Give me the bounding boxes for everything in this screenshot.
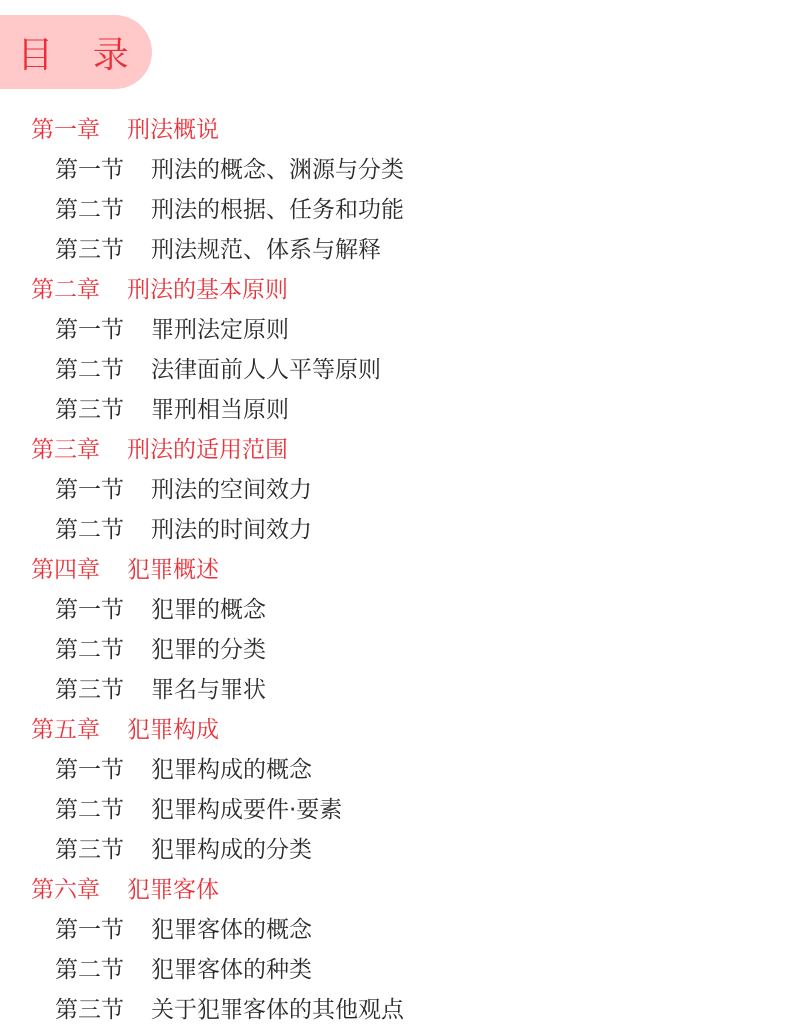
section-title: 刑法的空间效力 bbox=[151, 477, 312, 503]
section-title: 犯罪的概念 bbox=[151, 597, 266, 623]
toc-title-banner: 目 录 bbox=[0, 15, 152, 89]
chapter-title: 犯罪概述 bbox=[127, 557, 219, 583]
toc-section-entry[interactable]: 第二节犯罪构成要件·要素 bbox=[0, 790, 790, 830]
toc-chapter-entry[interactable]: 第二章刑法的基本原则 bbox=[0, 270, 790, 310]
section-number: 第二节 bbox=[55, 630, 151, 670]
toc-section-entry[interactable]: 第一节刑法的空间效力 bbox=[0, 470, 790, 510]
section-title: 罪名与罪状 bbox=[151, 677, 266, 703]
section-title: 犯罪构成要件·要素 bbox=[151, 797, 342, 823]
chapter-title: 刑法的基本原则 bbox=[127, 277, 288, 303]
section-number: 第二节 bbox=[55, 510, 151, 550]
chapter-number: 第二章 bbox=[31, 270, 127, 310]
toc-chapter-entry[interactable]: 第一章刑法概说 bbox=[0, 110, 790, 150]
toc-section-entry[interactable]: 第三节罪名与罪状 bbox=[0, 670, 790, 710]
toc-section-entry[interactable]: 第二节犯罪客体的种类 bbox=[0, 950, 790, 990]
chapter-number: 第三章 bbox=[31, 430, 127, 470]
toc-section-entry[interactable]: 第二节犯罪的分类 bbox=[0, 630, 790, 670]
chapter-number: 第五章 bbox=[31, 710, 127, 750]
chapter-title: 刑法概说 bbox=[127, 117, 219, 143]
toc-section-entry[interactable]: 第一节犯罪的概念 bbox=[0, 590, 790, 630]
section-number: 第一节 bbox=[55, 470, 151, 510]
section-number: 第一节 bbox=[55, 590, 151, 630]
section-title: 刑法规范、体系与解释 bbox=[151, 237, 381, 263]
toc-section-entry[interactable]: 第三节关于犯罪客体的其他观点 bbox=[0, 990, 790, 1029]
section-number: 第三节 bbox=[55, 670, 151, 710]
table-of-contents: 第一章刑法概说第一节刑法的概念、渊源与分类第二节刑法的根据、任务和功能第三节刑法… bbox=[0, 110, 790, 1029]
section-number: 第一节 bbox=[55, 310, 151, 350]
section-number: 第二节 bbox=[55, 790, 151, 830]
section-title: 法律面前人人平等原则 bbox=[151, 357, 381, 383]
section-title: 刑法的根据、任务和功能 bbox=[151, 197, 404, 223]
section-title: 犯罪客体的概念 bbox=[151, 917, 312, 943]
section-number: 第二节 bbox=[55, 950, 151, 990]
toc-chapter-entry[interactable]: 第五章犯罪构成 bbox=[0, 710, 790, 750]
section-title: 刑法的概念、渊源与分类 bbox=[151, 157, 404, 183]
section-title: 犯罪客体的种类 bbox=[151, 957, 312, 983]
section-number: 第二节 bbox=[55, 190, 151, 230]
section-number: 第三节 bbox=[55, 830, 151, 870]
toc-section-entry[interactable]: 第一节犯罪构成的概念 bbox=[0, 750, 790, 790]
toc-section-entry[interactable]: 第一节犯罪客体的概念 bbox=[0, 910, 790, 950]
chapter-number: 第六章 bbox=[31, 870, 127, 910]
toc-section-entry[interactable]: 第三节罪刑相当原则 bbox=[0, 390, 790, 430]
chapter-number: 第四章 bbox=[31, 550, 127, 590]
chapter-number: 第一章 bbox=[31, 110, 127, 150]
toc-section-entry[interactable]: 第三节犯罪构成的分类 bbox=[0, 830, 790, 870]
section-title: 罪刑相当原则 bbox=[151, 397, 289, 423]
chapter-title: 犯罪客体 bbox=[127, 877, 219, 903]
toc-chapter-entry[interactable]: 第三章刑法的适用范围 bbox=[0, 430, 790, 470]
toc-section-entry[interactable]: 第一节罪刑法定原则 bbox=[0, 310, 790, 350]
section-number: 第三节 bbox=[55, 390, 151, 430]
section-number: 第一节 bbox=[55, 750, 151, 790]
toc-section-entry[interactable]: 第二节刑法的时间效力 bbox=[0, 510, 790, 550]
section-number: 第一节 bbox=[55, 910, 151, 950]
toc-section-entry[interactable]: 第三节刑法规范、体系与解释 bbox=[0, 230, 790, 270]
section-title: 犯罪构成的分类 bbox=[151, 837, 312, 863]
toc-chapter-entry[interactable]: 第四章犯罪概述 bbox=[0, 550, 790, 590]
section-number: 第三节 bbox=[55, 230, 151, 270]
section-number: 第一节 bbox=[55, 150, 151, 190]
toc-section-entry[interactable]: 第二节刑法的根据、任务和功能 bbox=[0, 190, 790, 230]
section-number: 第三节 bbox=[55, 990, 151, 1029]
section-title: 犯罪的分类 bbox=[151, 637, 266, 663]
toc-section-entry[interactable]: 第二节法律面前人人平等原则 bbox=[0, 350, 790, 390]
section-title: 关于犯罪客体的其他观点 bbox=[151, 997, 404, 1023]
section-title: 刑法的时间效力 bbox=[151, 517, 312, 543]
toc-section-entry[interactable]: 第一节刑法的概念、渊源与分类 bbox=[0, 150, 790, 190]
section-title: 犯罪构成的概念 bbox=[151, 757, 312, 783]
chapter-title: 刑法的适用范围 bbox=[127, 437, 288, 463]
section-number: 第二节 bbox=[55, 350, 151, 390]
toc-title: 目 录 bbox=[17, 27, 142, 78]
toc-chapter-entry[interactable]: 第六章犯罪客体 bbox=[0, 870, 790, 910]
chapter-title: 犯罪构成 bbox=[127, 717, 219, 743]
section-title: 罪刑法定原则 bbox=[151, 317, 289, 343]
